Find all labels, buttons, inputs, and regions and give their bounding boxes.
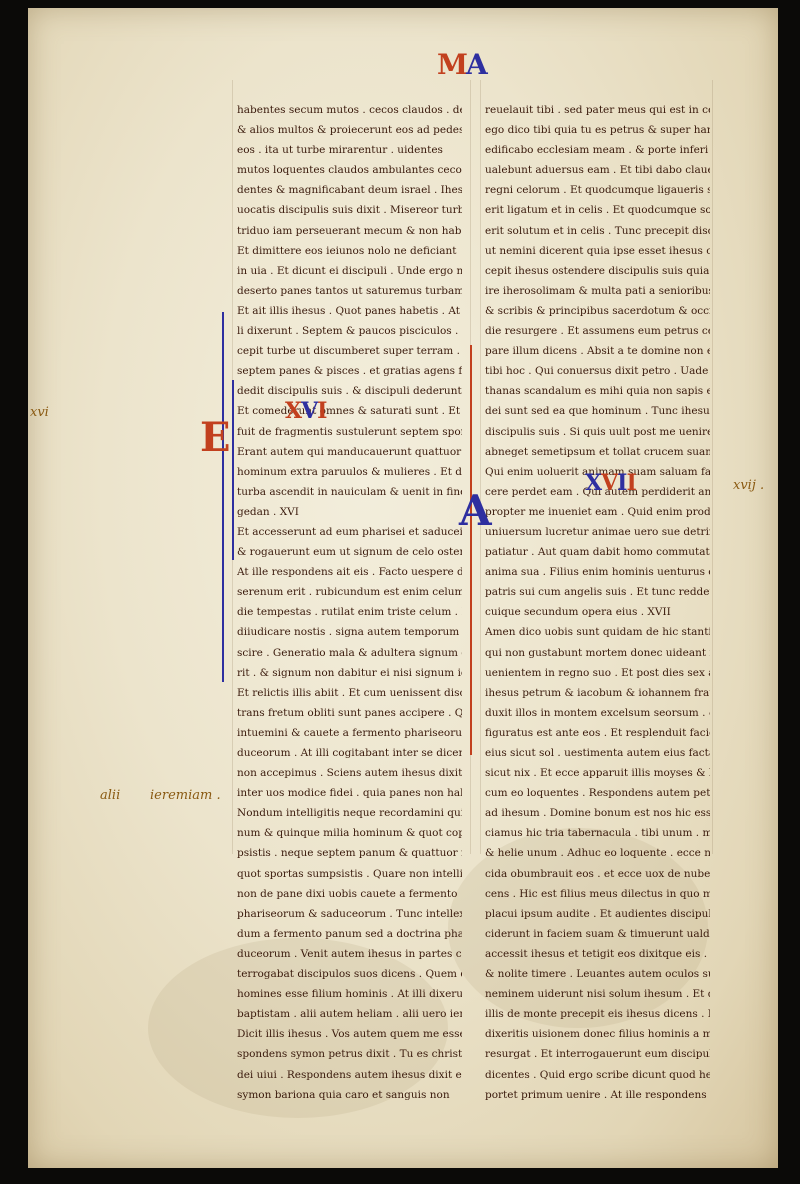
text-line: intuemini & cauete a fermento phariseoru…: [237, 723, 462, 743]
text-line: triduo iam perseuerant mecum & non haben…: [237, 221, 462, 241]
text-line: symon bariona quia caro et sanguis non: [237, 1085, 462, 1105]
text-line: deserto panes tantos ut saturemus turbam…: [237, 281, 462, 301]
text-line: cida obumbrauit eos . et ecce uox de nub…: [485, 864, 710, 884]
text-line: phariseorum & saduceorum . Tunc intellex…: [237, 904, 462, 924]
text-line: trans fretum obliti sunt panes accipere …: [237, 703, 462, 723]
text-line: non accepimus . Sciens autem ihesus dixi…: [237, 763, 462, 783]
text-line: ciamus hic tria tabernacula . tibi unum …: [485, 823, 710, 843]
text-line: & helie unum . Adhuc eo loquente . ecce …: [485, 843, 710, 863]
text-line: dicentes . Quid ergo scribe dicunt quod …: [485, 1065, 710, 1085]
pen-flourish-red: [470, 345, 472, 755]
text-line: ihesus petrum & iacobum & iohannem fratr…: [485, 683, 710, 703]
text-line: dei sunt sed ea que hominum . Tunc ihesu…: [485, 401, 710, 421]
text-line: ciderunt in faciem suam & timuerunt uald…: [485, 924, 710, 944]
text-line: accessit ihesus et tetigit eos dixitque …: [485, 944, 710, 964]
text-line: gedan . XVI: [237, 502, 462, 522]
text-line: uocatis discipulis suis dixit . Misereor…: [237, 200, 462, 220]
text-line: edificabo ecclesiam meam . & porte infer…: [485, 140, 710, 160]
text-line: eius sicut sol . uestimenta autem eius f…: [485, 743, 710, 763]
chapter-number-xvii: XVII: [585, 470, 636, 496]
text-line: mutos loquentes claudos ambulantes cecos…: [237, 160, 462, 180]
text-line: Dicit illis ihesus . Vos autem quem me e…: [237, 1024, 462, 1044]
text-line: serenum erit . rubicundum est enim celum…: [237, 582, 462, 602]
text-line: cum eo loquentes . Respondens autem petr…: [485, 783, 710, 803]
text-line: dei uiui . Respondens autem ihesus dixit…: [237, 1065, 462, 1085]
text-line: Et dimittere eos ieiunos nolo ne deficia…: [237, 241, 462, 261]
text-line: uniuersum lucretur animae uero sue detri…: [485, 522, 710, 542]
text-line: ualebunt aduersus eam . Et tibi dabo cla…: [485, 160, 710, 180]
text-line: dentes & magnificabant deum israel . Ihe…: [237, 180, 462, 200]
ruling-line: [480, 80, 481, 854]
text-line: placui ipsum audite . Et audientes disci…: [485, 904, 710, 924]
text-line: Amen dico uobis sunt quidam de hic stant…: [485, 622, 710, 642]
text-line: diiudicare nostis . signa autem temporum…: [237, 622, 462, 642]
text-line: ire iherosolimam & multa pati a seniorib…: [485, 281, 710, 301]
pen-flourish-blue: [232, 380, 234, 560]
text-line: dum a fermento panum sed a doctrina phar…: [237, 924, 462, 944]
text-line: reuelauit tibi . sed pater meus qui est …: [485, 100, 710, 120]
running-head-blue: A: [466, 48, 486, 81]
text-line: uenientem in regno suo . Et post dies se…: [485, 663, 710, 683]
margin-note-chapter: xvi: [30, 405, 49, 420]
chapter-number-xvi: XVI: [285, 398, 326, 424]
text-line: ego dico tibi quia tu es petrus & super …: [485, 120, 710, 140]
text-line: cens . Hic est filius meus dilectus in q…: [485, 884, 710, 904]
text-line: Erant autem qui manducauerunt quattuor m…: [237, 442, 462, 462]
text-line: li dixerunt . Septem & paucos pisciculos…: [237, 321, 462, 341]
text-line: patris sui cum angelis suis . Et tunc re…: [485, 582, 710, 602]
text-line: Et ait illis ihesus . Quot panes habetis…: [237, 301, 462, 321]
text-line: neminem uiderunt nisi solum ihesum . Et …: [485, 984, 710, 1004]
text-line: quot sportas sumpsistis . Quare non inte…: [237, 864, 462, 884]
text-line: At ille respondens ait eis . Facto uespe…: [237, 562, 462, 582]
text-column-right: reuelauit tibi . sed pater meus qui est …: [485, 100, 710, 1105]
text-line: fuit de fragmentis sustulerunt septem sp…: [237, 422, 462, 442]
text-line: die resurgere . Et assumens eum petrus c…: [485, 321, 710, 341]
text-line: regni celorum . Et quodcumque ligaueris …: [485, 180, 710, 200]
text-line: psistis . neque septem panum & quattuor …: [237, 843, 462, 863]
text-line: thanas scandalum es mihi quia non sapis …: [485, 381, 710, 401]
text-line: baptistam . alii autem heliam . alii uer…: [237, 1004, 462, 1024]
text-line: rit . & signum non dabitur ei nisi signu…: [237, 663, 462, 683]
text-line: discipulis suis . Si quis uult post me u…: [485, 422, 710, 442]
text-line: spondens symon petrus dixit . Tu es chri…: [237, 1044, 462, 1064]
text-line: erit ligatum et in celis . Et quodcumque…: [485, 200, 710, 220]
text-line: duceorum . Venit autem ihesus in partes …: [237, 944, 462, 964]
text-line: pare illum dicens . Absit a te domine no…: [485, 341, 710, 361]
margin-note-correction: alii: [100, 788, 120, 803]
text-line: Et relictis illis abiit . Et cum uenisse…: [237, 683, 462, 703]
text-line: sicut nix . Et ecce apparuit illis moyse…: [485, 763, 710, 783]
text-line: & scribis & principibus sacerdotum & occ…: [485, 301, 710, 321]
text-line: ad ihesum . Domine bonum est nos hic ess…: [485, 803, 710, 823]
pen-flourish-blue: [222, 312, 224, 682]
decorated-initial-a: A: [459, 486, 492, 535]
text-line: dedit discipulis suis . & discipuli dede…: [237, 381, 462, 401]
text-line: & nolite timere . Leuantes autem oculos …: [485, 964, 710, 984]
text-line: figuratus est ante eos . Et resplenduit …: [485, 723, 710, 743]
text-line: Et accesserunt ad eum pharisei et saduce…: [237, 522, 462, 542]
text-line: non de pane dixi uobis cauete a fermento: [237, 884, 462, 904]
text-line: inter uos modice fidei . quia panes non …: [237, 783, 462, 803]
text-line: portet primum uenire . At ille responden…: [485, 1085, 710, 1105]
running-head-red: M: [437, 48, 466, 81]
text-line: cepit turbe ut discumberet super terram …: [237, 341, 462, 361]
text-line: habentes secum mutos . cecos claudos . d…: [237, 100, 462, 120]
text-line: & alios multos & proiecerunt eos ad pede…: [237, 120, 462, 140]
running-head: MA: [437, 48, 486, 81]
text-line: dixeritis uisionem donec filius hominis …: [485, 1024, 710, 1044]
margin-note-correction: ieremiam .: [150, 788, 221, 803]
text-line: duxit illos in montem excelsum seorsum .…: [485, 703, 710, 723]
text-line: ut nemini dicerent quia ipse esset ihesu…: [485, 241, 710, 261]
margin-note-chapter: xvij .: [733, 478, 764, 493]
text-line: illis de monte precepit eis ihesus dicen…: [485, 1004, 710, 1024]
text-line: num & quinque milia hominum & quot cophi…: [237, 823, 462, 843]
text-line: abneget semetipsum et tollat crucem suam…: [485, 442, 710, 462]
text-line: cuique secundum opera eius . XVII: [485, 602, 710, 622]
text-line: scire . Generatio mala & adultera signum…: [237, 643, 462, 663]
text-line: patiatur . Aut quam dabit homo commutati…: [485, 542, 710, 562]
text-line: in uia . Et dicunt ei discipuli . Unde e…: [237, 261, 462, 281]
decorated-initial-e: E: [200, 414, 231, 461]
text-line: tibi hoc . Qui conuersus dixit petro . U…: [485, 361, 710, 381]
text-line: erit solutum et in celis . Tunc precepit…: [485, 221, 710, 241]
text-column-left: habentes secum mutos . cecos claudos . d…: [237, 100, 462, 1105]
text-line: qui non gustabunt mortem donec uideant f…: [485, 643, 710, 663]
text-line: Et comederunt omnes & saturati sunt . Et…: [237, 401, 462, 421]
text-line: terrogabat discipulos suos dicens . Quem…: [237, 964, 462, 984]
text-line: & rogauerunt eum ut signum de celo osten…: [237, 542, 462, 562]
text-line: hominum extra paruulos & mulieres . Et d…: [237, 462, 462, 482]
text-line: septem panes & pisces . et gratias agens…: [237, 361, 462, 381]
ruling-line: [712, 80, 713, 854]
text-line: die tempestas . rutilat enim triste celu…: [237, 602, 462, 622]
text-line: eos . ita ut turbe mirarentur . uidentes: [237, 140, 462, 160]
text-line: cepit ihesus ostendere discipulis suis q…: [485, 261, 710, 281]
text-line: resurgat . Et interrogauerunt eum discip…: [485, 1044, 710, 1064]
text-line: turba ascendit in nauiculam & uenit in f…: [237, 482, 462, 502]
text-line: Nondum intelligitis neque recordamini qu…: [237, 803, 462, 823]
text-line: duceorum . At illi cogitabant inter se d…: [237, 743, 462, 763]
text-line: propter me inueniet eam . Quid enim prod…: [485, 502, 710, 522]
text-line: homines esse filium hominis . At illi di…: [237, 984, 462, 1004]
text-line: anima sua . Filius enim hominis uenturus…: [485, 562, 710, 582]
